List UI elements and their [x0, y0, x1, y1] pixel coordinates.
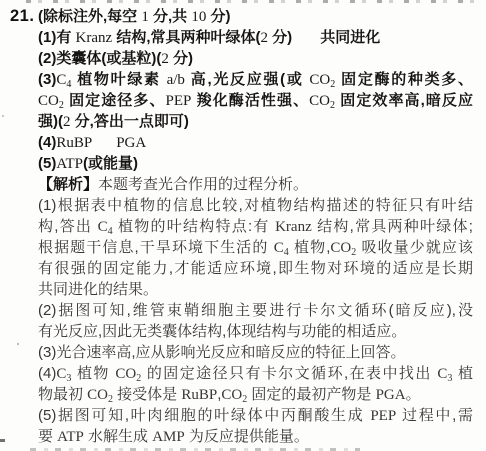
scan-speck	[0, 439, 5, 442]
text-run: Kranz	[275, 219, 312, 235]
text-run: 分)	[206, 8, 230, 25]
text-run: 分,答出一点即可)	[71, 113, 189, 130]
text-run: 为反应提供能量。	[185, 428, 309, 445]
text-run: Kranz	[76, 30, 113, 46]
text-run: RuBP	[56, 135, 92, 151]
text-line: 物最初 CO2 接受体是 RuBP,CO2 固定的最初产物是 PGA。	[38, 384, 473, 405]
text-run: 有很强的固定能力,才能适应环境,即生物对环境的适应是长期	[38, 260, 473, 277]
question-number: 21.	[10, 6, 34, 27]
text-run: CO	[38, 93, 59, 109]
text-run: 固定效率高,暗反应	[335, 92, 473, 109]
text-line: (1)有 Kranz 结构,常具两种叶绿体(2 分)共同进化	[38, 27, 473, 48]
text-run: CO	[115, 366, 136, 382]
text-run: 2	[261, 30, 269, 46]
text-line: 根据题干信息,干旱环境下生活的 C4 植物,CO2 吸收量少就应该	[38, 237, 473, 258]
text-run: PEP	[166, 93, 192, 109]
text-run: C	[56, 72, 66, 88]
text-run: 固定途径多、	[64, 92, 166, 109]
text-run: 2	[161, 51, 169, 67]
text-run: 高,光反应强(或	[185, 71, 309, 88]
text-run: (或能量)	[83, 155, 138, 172]
text-run: ATP	[56, 156, 83, 172]
text-run: 植物叶绿素	[71, 71, 166, 88]
text-run: (4)	[38, 134, 56, 151]
text-run: RuBP	[181, 387, 217, 403]
text-run: 【解析】	[38, 176, 98, 193]
text-run: 强)(	[38, 113, 63, 130]
text-run: 共同进化	[320, 29, 380, 46]
text-run: (3)光合速率高,应从影响光反应和暗反应的特征上回答。	[38, 344, 406, 361]
text-run: PEP	[370, 408, 396, 424]
text-run: (2)类囊体(或基粒)(	[38, 50, 161, 67]
text-run: CO	[330, 240, 351, 256]
text-run: C	[56, 366, 66, 382]
text-line: 有很强的固定能力,才能适应环境,即生物对环境的适应是长期	[38, 258, 473, 279]
text-run: 过程中,需	[396, 407, 473, 424]
text-run: 10	[191, 9, 206, 25]
text-line: 强)(2 分,答出一点即可)	[38, 111, 473, 132]
text-run: 分,共	[149, 8, 192, 25]
text-run: C	[98, 219, 108, 235]
text-line: (2)据图可知,维管束鞘细胞主要进行卡尔文循环(暗反应),没	[38, 300, 473, 321]
text-run: 根据题干信息,干旱环境下生活的	[38, 239, 274, 256]
text-run: AMP	[152, 429, 185, 445]
text-run: 固定的最初产物是	[247, 386, 375, 403]
text-run: (4)	[38, 365, 56, 382]
text-run: 固定酶的种类多、	[335, 71, 473, 88]
text-run: 结构,常具两种叶绿体(	[112, 29, 260, 46]
text-run: 。	[406, 386, 421, 403]
text-run: (1)有	[38, 29, 76, 46]
text-run: 有光反应,因此无类囊体结构,体现结构与功能的相适应。	[38, 323, 406, 340]
text-line: CO2 固定途径多、PEP 羧化酶活性强、CO2 固定效率高,暗反应	[38, 90, 473, 111]
text-run: CO	[221, 387, 242, 403]
text-run: (5)据图可知,叶肉细胞的叶绿体中丙酮酸生成	[38, 407, 370, 424]
text-run: 构,答出	[38, 218, 98, 235]
text-line: (3)光合速率高,应从影响光反应和暗反应的特征上回答。	[38, 342, 473, 363]
text-line: (2)类囊体(或基粒)(2 分)	[38, 48, 473, 69]
text-run: a/b	[167, 72, 185, 88]
text-run: 分)	[268, 29, 292, 46]
text-run: 结构,常具两种叶绿体;	[312, 218, 473, 235]
text-run: CO	[87, 387, 108, 403]
text-run: 吸收量少就应该	[356, 239, 473, 256]
text-line: (3)C4 植物叶绿素 a/b 高,光反应强(或 CO2 固定酶的种类多、	[38, 69, 473, 90]
text-run: PGA	[376, 387, 406, 403]
text-run: 物最初	[38, 386, 87, 403]
text-run: 水解生成	[84, 428, 152, 445]
scan-speck	[2, 115, 4, 117]
text-run: C	[274, 240, 284, 256]
text-run: (3)	[38, 71, 56, 88]
text-line: (5)ATP(或能量)	[38, 153, 473, 174]
text-run: CO	[309, 72, 330, 88]
text-line: (5)据图可知,叶肉细胞的叶绿体中丙酮酸生成 PEP 过程中,需	[38, 405, 473, 426]
text-run: 接受体是	[113, 386, 181, 403]
text-line: 构,答出 C4 植物的叶结构特点:有 Kranz 结构,常具两种叶绿体;	[38, 216, 473, 237]
text-line: 有光反应,因此无类囊体结构,体现结构与功能的相适应。	[38, 321, 473, 342]
text-run: PGA	[116, 135, 146, 151]
text-line: (除标注外,每空 1 分,共 10 分)	[38, 6, 473, 27]
text-line: 【解析】本题考查光合作用的过程分析。	[38, 174, 473, 195]
text-run: 的固定途径只有卡尔文循环,在表中找出	[141, 365, 437, 382]
text-run: CO	[309, 93, 330, 109]
text-run: 1	[141, 9, 149, 25]
text-line: (1)根据表中植物的信息比较,对植物结构描述的特征只有叶结	[38, 195, 473, 216]
text-line: (4)C3 植物 CO2 的固定途径只有卡尔文循环,在表中找出 C3 植	[38, 363, 473, 384]
text-run: 本题考查光合作用的过程分析。	[98, 176, 308, 193]
text-run: 2	[63, 114, 71, 130]
document-lines: (除标注外,每空 1 分,共 10 分)(1)有 Kranz 结构,常具两种叶绿…	[38, 6, 473, 447]
scan-speck	[17, 343, 19, 345]
text-run: ATP	[57, 429, 84, 445]
text-run: 植物,	[289, 239, 331, 256]
text-run: C	[437, 366, 447, 382]
text-run: 植物的叶结构特点:有	[113, 218, 275, 235]
text-run: 植物	[71, 365, 115, 382]
text-run: 共同进化的结果。	[38, 281, 158, 298]
text-run: (除标注外,每空	[38, 8, 141, 25]
text-run: (5)	[38, 155, 56, 172]
text-run: (1)根据表中植物的信息比较,对植物结构描述的特征只有叶结	[38, 197, 473, 214]
text-run: 要	[38, 428, 57, 445]
text-run: (2)据图可知,维管束鞘细胞主要进行卡尔文循环(暗反应),没	[38, 302, 473, 319]
top-cropped-line-fragments	[26, 0, 478, 3]
scanned-answer-page: 21. (除标注外,每空 1 分,共 10 分)(1)有 Kranz 结构,常具…	[0, 0, 486, 451]
text-run: 分)	[169, 50, 193, 67]
text-line: 要 ATP 水解生成 AMP 为反应提供能量。	[38, 426, 473, 447]
text-line: 共同进化的结果。	[38, 279, 473, 300]
text-line: (4)RuBPPGA	[38, 132, 473, 153]
text-run: 羧化酶活性强、	[191, 92, 309, 109]
text-run: 植	[452, 365, 473, 382]
